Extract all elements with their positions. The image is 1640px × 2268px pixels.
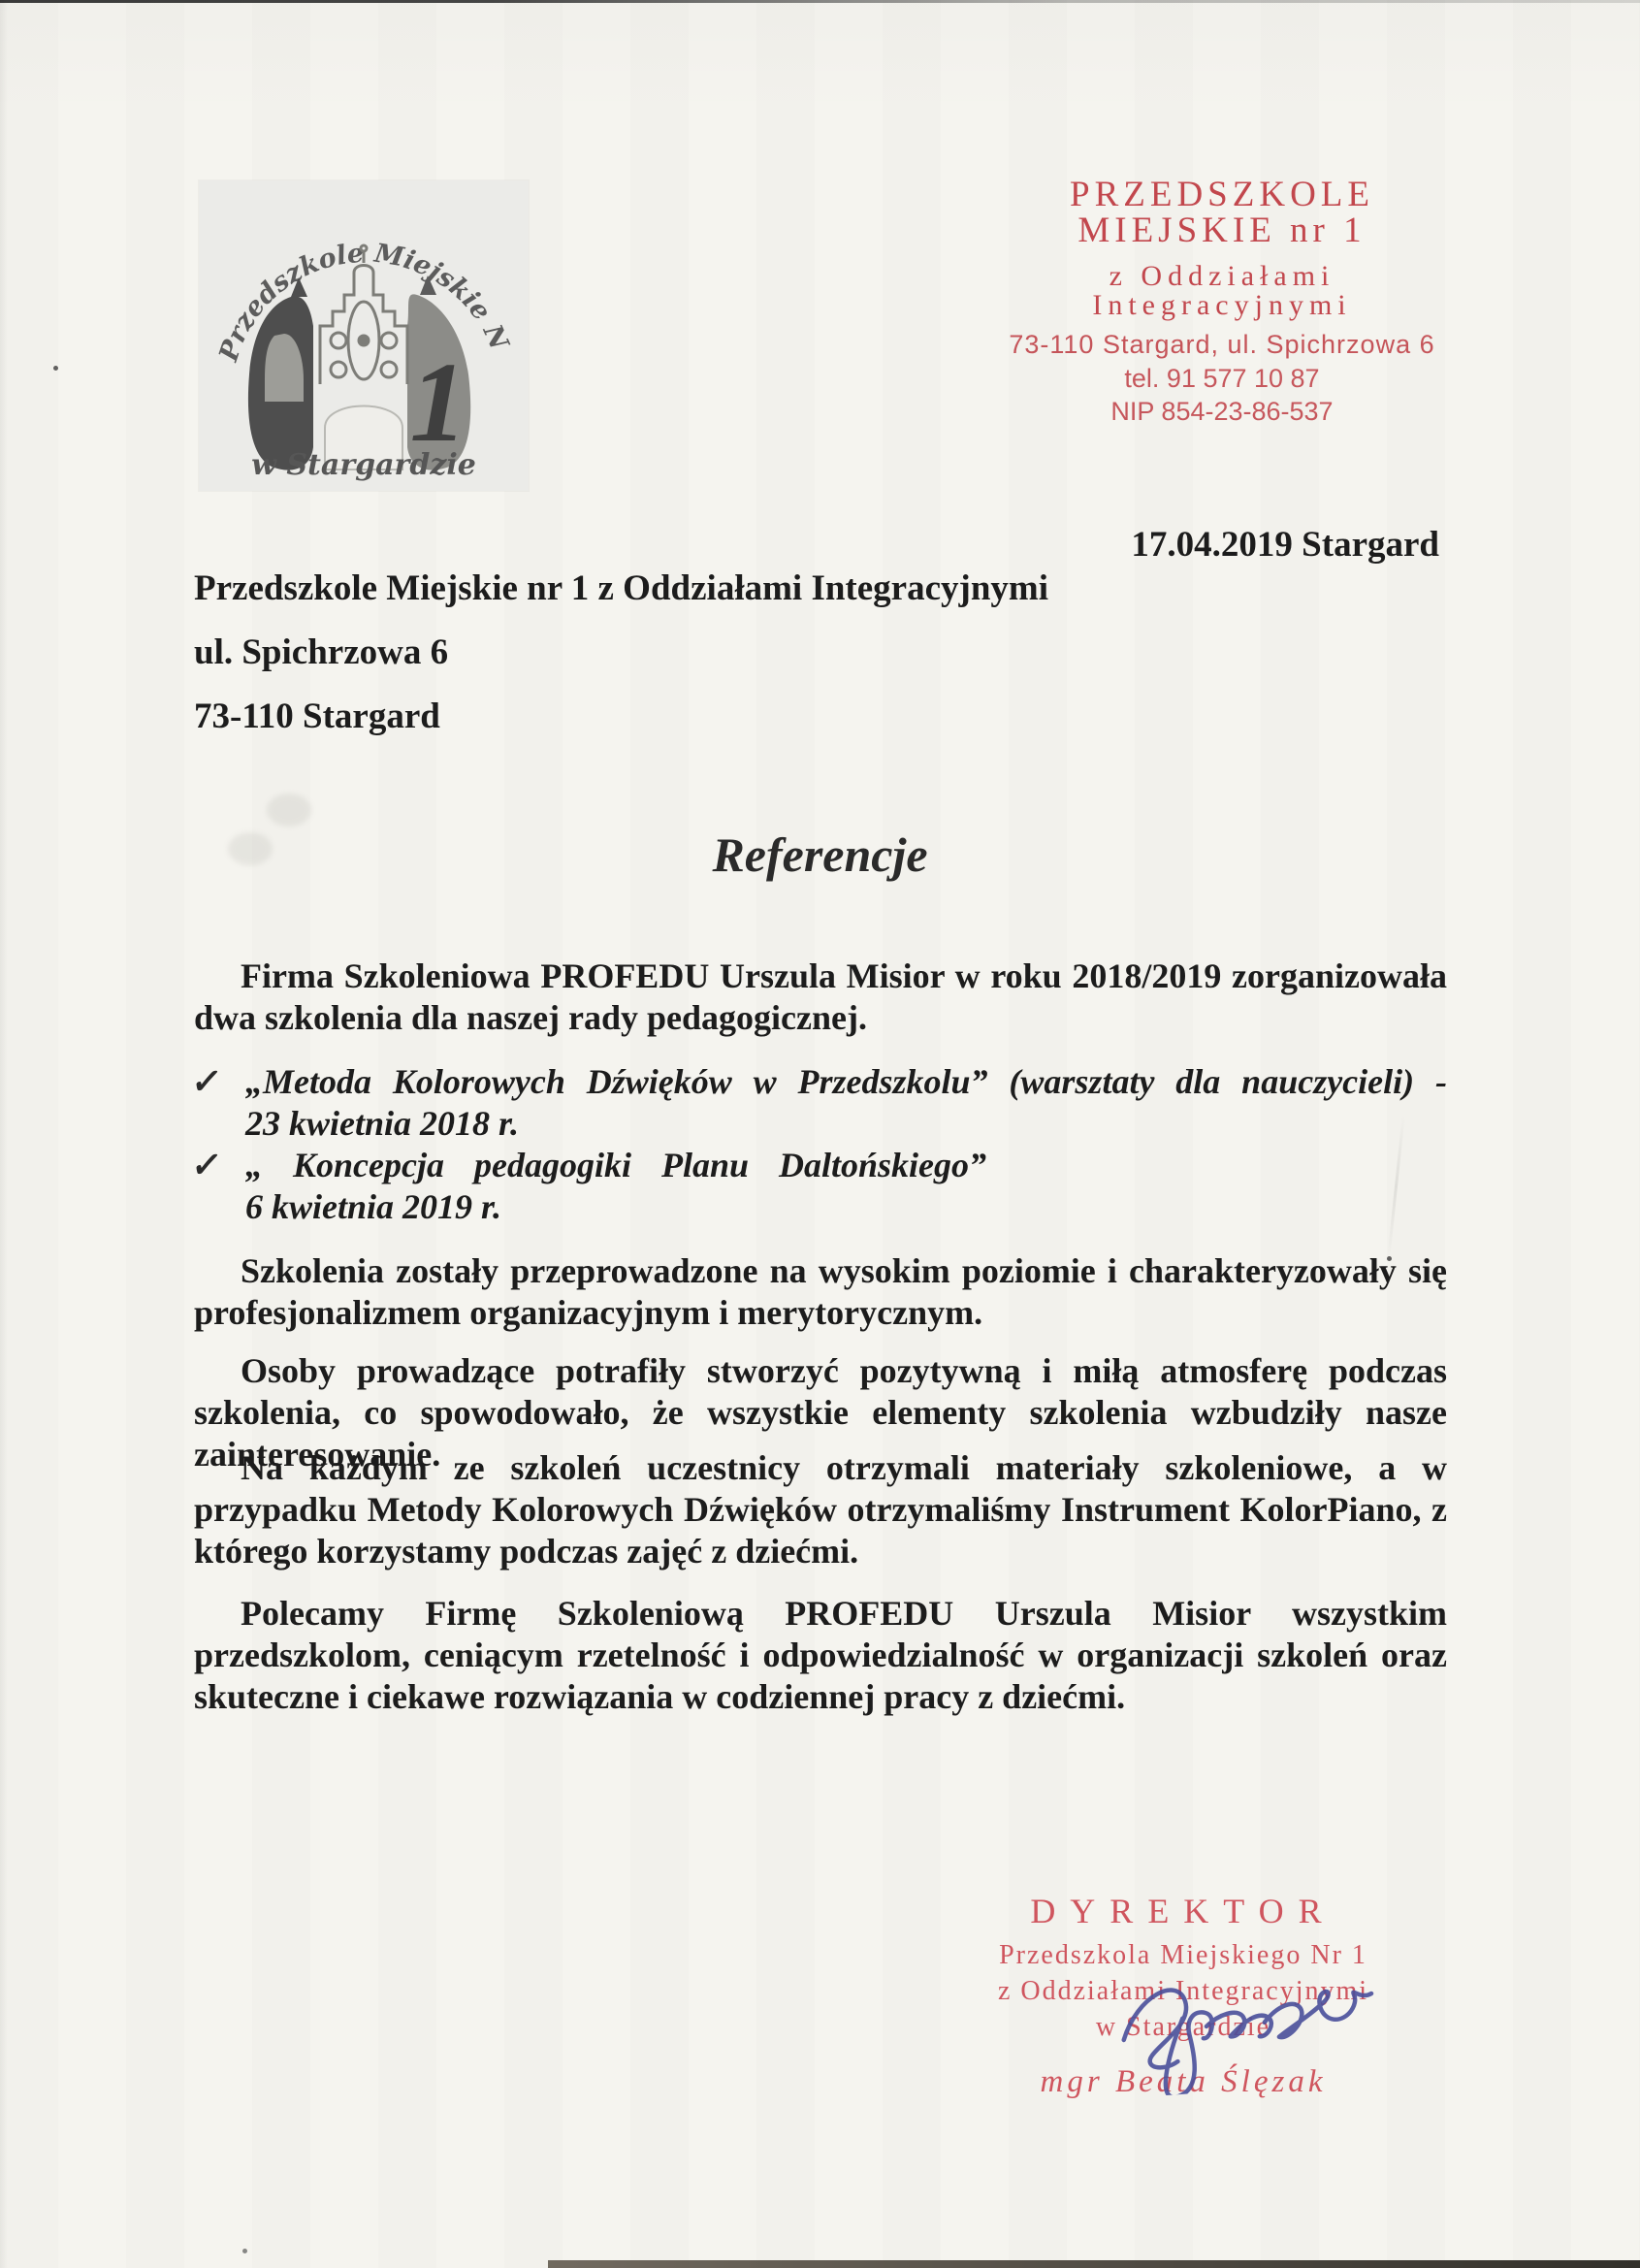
recipient-line-1: Przedszkole Miejskie nr 1 z Oddziałami I…: [194, 570, 1048, 606]
scan-left-shade: [0, 0, 8, 2268]
pencil-smudge: [267, 794, 311, 826]
document-title: Referencje: [0, 826, 1640, 883]
paragraph-2: Szkolenia zostały przeprowadzone na wyso…: [194, 1250, 1447, 1334]
list-item: ✓ „ Koncepcja pedagogiki Planu Daltoński…: [189, 1145, 1447, 1228]
list-item-2-date: 6 kwietnia 2019 r.: [245, 1186, 1447, 1228]
paragraph-5: Polecamy Firmę Szkoleniową PROFEDU Urszu…: [194, 1593, 1447, 1718]
stamp-line-3: 73-110 Stargard, ul. Spichrzowa 6: [994, 332, 1450, 358]
list-item-1-date: 23 kwietnia 2018 r.: [245, 1103, 1447, 1145]
paragraph-1: Firma Szkoleniowa PROFEDU Urszula Misior…: [194, 956, 1447, 1039]
recipient-block: Przedszkole Miejskie nr 1 z Oddziałami I…: [194, 570, 1048, 762]
paragraph-4: Na każdym ze szkoleń uczestnicy otrzymal…: [194, 1447, 1447, 1572]
list-item-1-title: „Metoda Kolorowych Dźwięków w Przedszkol…: [245, 1061, 1447, 1103]
ink-speck: [53, 366, 58, 371]
svg-text:Przedszkole Miejskie Nr 1: Przedszkole Miejskie Nr 1: [199, 180, 515, 366]
stamp-line-5: NIP 854-23-86-537: [994, 399, 1450, 425]
scan-bottom-edge: [548, 2260, 1640, 2268]
scanned-letter-page: { "header": { "logo": { "arc_text": "Prz…: [0, 0, 1640, 2268]
logo-bottom-text: w Stargardzie: [251, 448, 476, 482]
logo-arc-text: Przedszkole Miejskie Nr 1: [199, 180, 515, 366]
list-item: ✓ „Metoda Kolorowych Dźwięków w Przedszk…: [189, 1061, 1447, 1145]
kindergarten-logo-drawing: Przedszkole Miejskie Nr 1 1 w Stargardzi…: [199, 180, 529, 491]
handwritten-signature: [1102, 1950, 1449, 2099]
stamp-line-2: z Oddziałami Integracyjnymi: [994, 262, 1450, 320]
ink-speck: [242, 2249, 247, 2253]
recipient-line-3: 73-110 Stargard: [194, 698, 1048, 734]
stamp-line-1: PRZEDSZKOLE MIEJSKIE nr 1: [994, 177, 1450, 248]
scan-top-edge: [0, 0, 1640, 3]
checkmark-icon: ✓: [183, 1145, 251, 1228]
kindergarten-logo: Przedszkole Miejskie Nr 1 1 w Stargardzi…: [199, 180, 529, 491]
checkmark-icon: ✓: [183, 1061, 251, 1145]
list-item-2-title: „ Koncepcja pedagogiki Planu Daltońskieg…: [245, 1145, 1447, 1186]
stamp-line-4: tel. 91 577 10 87: [994, 366, 1450, 392]
institution-stamp: PRZEDSZKOLE MIEJSKIE nr 1 z Oddziałami I…: [994, 177, 1450, 425]
logo-numeral: 1: [410, 339, 467, 466]
recipient-line-2: ul. Spichrzowa 6: [194, 634, 1048, 670]
director-stamp-title: DYREKTOR: [970, 1894, 1397, 1928]
date-line: 17.04.2019 Stargard: [1131, 524, 1439, 566]
